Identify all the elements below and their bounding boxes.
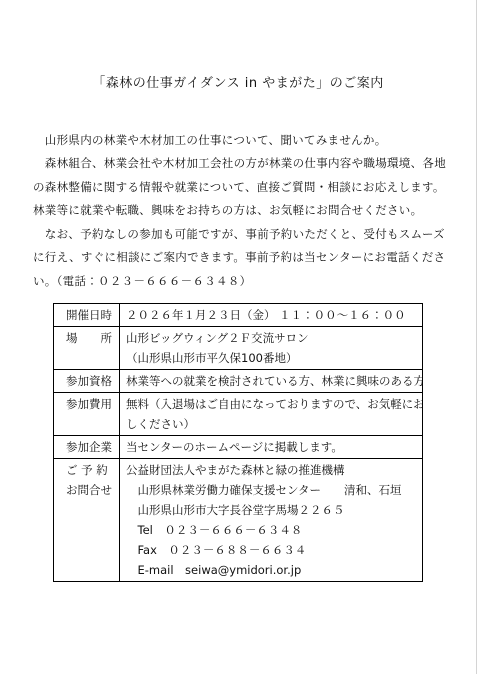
table-row-companies: 参加企業 当センターのホームページに掲載します。 <box>54 436 423 459</box>
reservation-notice-paragraph: なお、予約なしの参加も可能ですが、事前予約いただくと、受付もスムーズ に行え、す… <box>33 223 445 293</box>
table-row-eligibility: 参加資格 林業等への就業を検討されている方、林業に興味のある方 <box>54 370 423 393</box>
row-value-datetime: ２０２６年１月２３日（金） １１：００～１６：００ <box>120 304 423 327</box>
row-label-contact: ご 予 約 お問合せ <box>54 459 120 582</box>
table-row-fee: 参加費用 無料（入退場はご自由になっておりますので、お気軽にお越 しください） <box>54 393 423 436</box>
row-value-location: 山形ビッグウィング２Ｆ交流サロン （山形県山形市平久保100番地） <box>120 327 423 370</box>
row-value-contact: 公益財団法人やまがた森林と緑の推進機構 山形県林業労働力確保支援センター 清和、… <box>120 459 423 582</box>
row-label-eligibility: 参加資格 <box>54 370 120 393</box>
row-value-companies: 当センターのホームページに掲載します。 <box>120 436 423 459</box>
event-details-table: 開催日時 ２０２６年１月２３日（金） １１：００～１６：００ 場 所 山形ビッグ… <box>53 303 423 582</box>
table-row-location: 場 所 山形ビッグウィング２Ｆ交流サロン （山形県山形市平久保100番地） <box>54 327 423 370</box>
table-row-datetime: 開催日時 ２０２６年１月２３日（金） １１：００～１６：００ <box>54 304 423 327</box>
intro-paragraph: 山形県内の林業や木材加工の仕事について、聞いてみませんか。 森林組合、林業会社や… <box>33 129 446 222</box>
row-label-location: 場 所 <box>54 327 120 370</box>
row-label-companies: 参加企業 <box>54 436 120 459</box>
document-page: 「森林の仕事ガイダンス in やまがた」のご案内 山形県内の林業や木材加工の仕事… <box>0 0 477 674</box>
table-row-contact: ご 予 約 お問合せ 公益財団法人やまがた森林と緑の推進機構 山形県林業労働力確… <box>54 459 423 582</box>
row-value-fee: 無料（入退場はご自由になっておりますので、お気軽にお越 しください） <box>120 393 423 436</box>
row-value-eligibility: 林業等への就業を検討されている方、林業に興味のある方 <box>120 370 423 393</box>
row-label-datetime: 開催日時 <box>54 304 120 327</box>
document-title: 「森林の仕事ガイダンス in やまがた」のご案内 <box>0 74 476 93</box>
row-label-fee: 参加費用 <box>54 393 120 436</box>
